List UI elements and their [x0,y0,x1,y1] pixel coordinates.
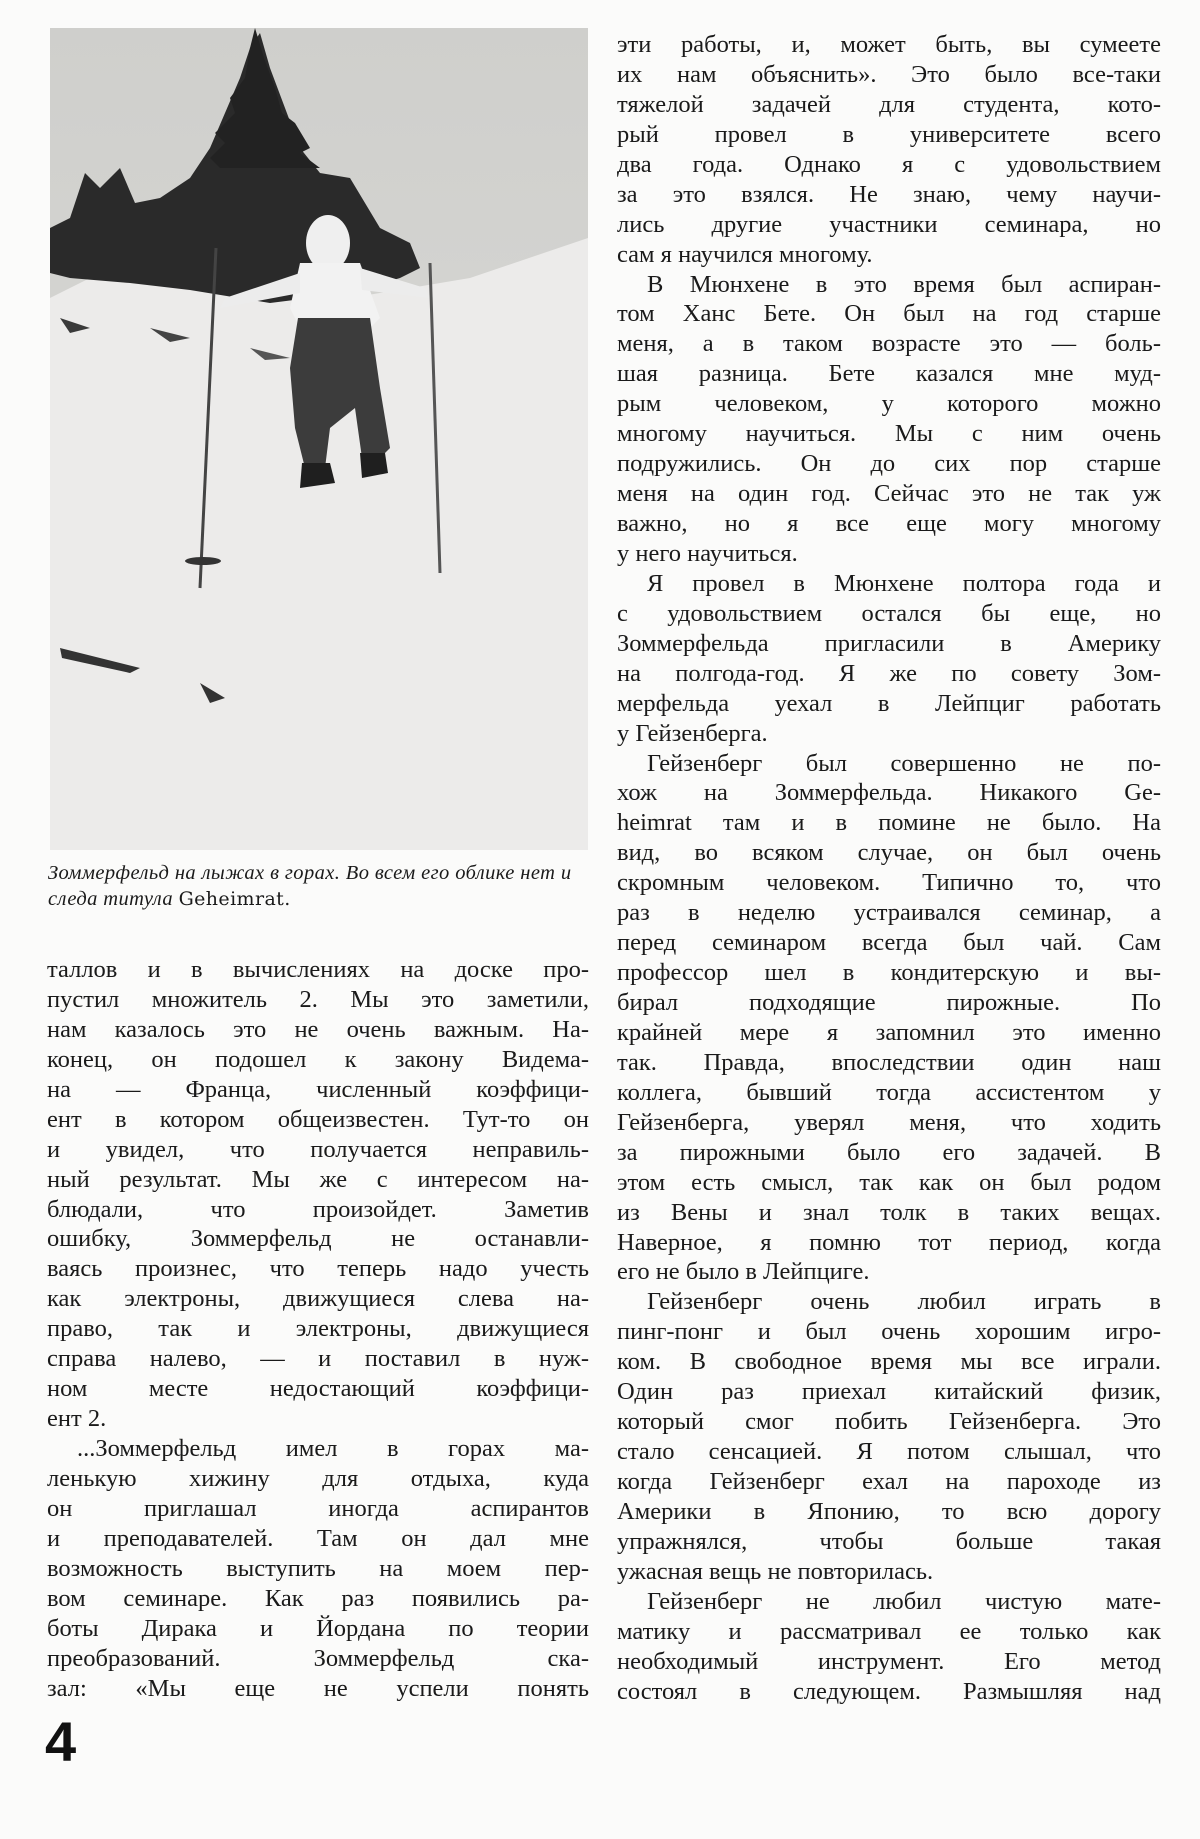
text-line: у него научиться. [617,539,1161,569]
text-line: он приглашал иногда аспирантов [47,1494,589,1524]
text-line: который смог побить Гейзенберга. Это [617,1407,1161,1437]
text-line: коллега, бывший тогда ассистентом у [617,1078,1161,1108]
text-line: на — Франца, численный коэффици- [47,1075,589,1105]
text-line: с удовольствием остался бы еще, но [617,599,1161,629]
text-line: так. Правда, впоследствии один наш [617,1048,1161,1078]
text-line: перед семинаром всегда был чай. Сам [617,928,1161,958]
text-line: лись другие участники семинара, но [617,210,1161,240]
text-line: и преподавателей. Там он дал мне [47,1524,589,1554]
text-line: Гейзенберг не любил чистую мате- [617,1587,1161,1617]
text-line: и увидел, что получается неправиль- [47,1135,589,1165]
text-line: ленькую хижину для отдыха, куда [47,1464,589,1494]
photo-image [50,28,588,850]
text-line: его не было в Лейпциге. [617,1257,1161,1287]
text-line: когда Гейзенберг ехал на пароходе из [617,1467,1161,1497]
text-line: хож на Зоммерфельда. Никакого Ge- [617,778,1161,808]
text-line: меня на один год. Сейчас это не так уж [617,479,1161,509]
text-line: нам казалось это не очень важным. На- [47,1015,589,1045]
text-line: рым человеком, у которого можно [617,389,1161,419]
text-line: зал: «Мы еще не успели понять [47,1674,589,1704]
text-line: пинг-понг и был очень хорошим игро- [617,1317,1161,1347]
text-line: Гейзенберг был совершенно не по- [617,749,1161,779]
text-line: многому научиться. Мы с ним очень [617,419,1161,449]
caption-italic: Зоммерфельд на лыжах в горах. Во всем ег… [48,862,571,910]
text-line: heimrat там и в помине не было. На [617,808,1161,838]
page-number: 4 [45,1712,76,1772]
right-column: эти работы, и, может быть, вы сумеетеих … [617,30,1161,1707]
text-line: скромным человеком. Типично то, что [617,868,1161,898]
text-line: мерфельда уехал в Лейпциг работать [617,689,1161,719]
text-line: вом семинаре. Как раз появились ра- [47,1584,589,1614]
text-line: ный результат. Мы же с интересом на- [47,1165,589,1195]
text-line: конец, он подошел к закону Видема- [47,1045,589,1075]
text-line: пустил множитель 2. Мы это заметили, [47,985,589,1015]
text-line: том Ханс Бете. Он был на год старше [617,299,1161,329]
text-line: сам я научился многому. [617,240,1161,270]
left-column: таллов и в вычислениях на доске про-пуст… [47,955,589,1703]
text-line: Один раз приехал китайский физик, [617,1377,1161,1407]
text-line: Америки в Японию, то всю дорогу [617,1497,1161,1527]
text-line: ент в котором общеизвестен. Тут-то он [47,1105,589,1135]
text-line: из Вены и знал толк в таких вещах. [617,1198,1161,1228]
text-line: как электроны, движущиеся слева на- [47,1284,589,1314]
text-line: на полгода-год. Я же по совету Зом- [617,659,1161,689]
text-line: ошибку, Зоммерфельд не останавли- [47,1224,589,1254]
text-line: ...Зоммерфельд имел в горах ма- [47,1434,589,1464]
text-line: Я провел в Мюнхене полтора года и [617,569,1161,599]
text-line: рый провел в университете всего [617,120,1161,150]
text-line: ужасная вещь не повторилась. [617,1557,1161,1587]
text-line: ваясь произнес, что теперь надо учесть [47,1254,589,1284]
text-line: право, так и электроны, движущиеся [47,1314,589,1344]
text-line: бирал подходящие пирожные. По [617,988,1161,1018]
text-line: меня, а в таком возрасте это — боль- [617,329,1161,359]
text-line: важно, но я все еще могу многому [617,509,1161,539]
text-line: ком. В свободное время мы все играли. [617,1347,1161,1377]
text-line: таллов и в вычислениях на доске про- [47,955,589,985]
text-line: преобразований. Зоммерфельд ска- [47,1644,589,1674]
text-line: Гейзенберга, уверял меня, что ходить [617,1108,1161,1138]
text-line: ном месте недостающий коэффици- [47,1374,589,1404]
text-line: справа налево, — и поставил в нуж- [47,1344,589,1374]
text-line: В Мюнхене в это время был аспиран- [617,270,1161,300]
text-line: эти работы, и, может быть, вы сумеете [617,30,1161,60]
text-line: Наверное, я помню тот период, когда [617,1228,1161,1258]
text-line: возможность выступить на моем пер- [47,1554,589,1584]
text-line: за это взялся. Не знаю, чему научи- [617,180,1161,210]
text-line: блюдали, что произойдет. Заметив [47,1195,589,1225]
photo-caption: Зоммерфельд на лыжах в горах. Во всем ег… [48,860,588,912]
text-line: необходимый инструмент. Его метод [617,1647,1161,1677]
text-line: раз в неделю устраивался семинар, а [617,898,1161,928]
text-line: стало сенсацией. Я потом слышал, что [617,1437,1161,1467]
text-line: вид, во всяком случае, он был очень [617,838,1161,868]
text-line: упражнялся, чтобы больше такая [617,1527,1161,1557]
text-line: шая разница. Бете казался мне муд- [617,359,1161,389]
text-line: за пирожными было его задачей. В [617,1138,1161,1168]
text-line: боты Дирака и Йордана по теории [47,1614,589,1644]
text-line: Зоммерфельда пригласили в Америку [617,629,1161,659]
text-line: их нам объяснить». Это было все-таки [617,60,1161,90]
text-line: два года. Однако я с удовольствием [617,150,1161,180]
text-line: Гейзенберг очень любил играть в [617,1287,1161,1317]
text-line: профессор шел в кондитерскую и вы- [617,958,1161,988]
text-line: у Гейзенберга. [617,719,1161,749]
text-line: этом есть смысл, так как он был родом [617,1168,1161,1198]
caption-latin: Geheimrat. [179,888,291,910]
text-line: тяжелой задачей для студента, кото- [617,90,1161,120]
photo-sommerfeld-skiing [50,28,588,850]
text-line: ент 2. [47,1404,589,1434]
text-line: крайней мере я запомнил это именно [617,1018,1161,1048]
text-line: подружились. Он до сих пор старше [617,449,1161,479]
text-line: матику и рассматривал ее только как [617,1617,1161,1647]
text-line: состоял в следующем. Размышляя над [617,1677,1161,1707]
